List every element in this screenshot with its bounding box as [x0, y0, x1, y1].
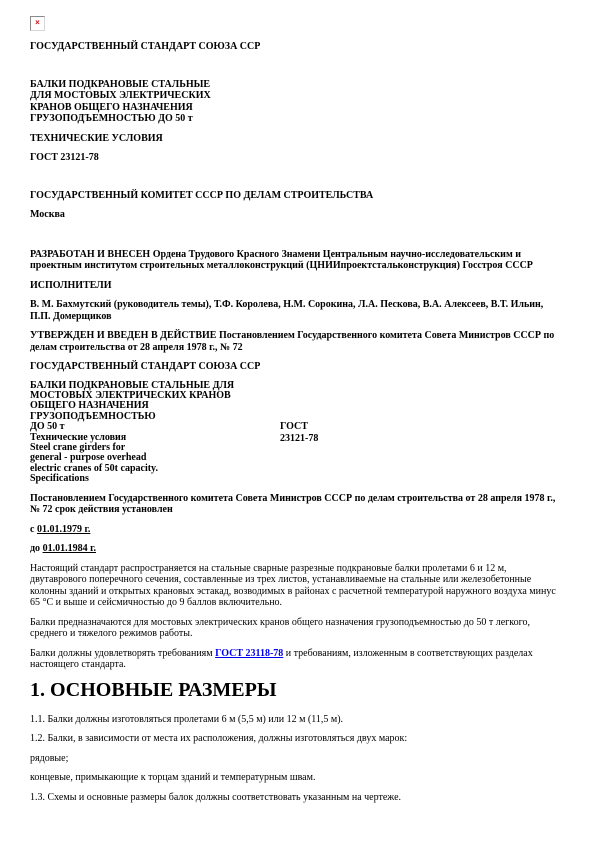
resolution-paragraph: Постановлением Государственного комитета… [30, 493, 565, 516]
document-title-line: ГРУЗОПОДЪЕМНОСТЬЮ ДО 50 т [30, 113, 565, 125]
title-bold-line: ОБЩЕГО НАЗНАЧЕНИЯ ГРУЗОПОДЪЕМНОСТЬЮ [30, 401, 252, 422]
clause-1-3: 1.3. Схемы и основные размеры балок долж… [30, 792, 565, 804]
clause-1-2-item-end: концевые, примыкающие к торцам зданий и … [30, 772, 565, 784]
title-gost-columns: БАЛКИ ПОДКРАНОВЫЕ СТАЛЬНЫЕ ДЛЯ МОСТОВЫХ … [30, 381, 565, 485]
clause-1-2-item-ordinary: рядовые; [30, 753, 565, 765]
valid-from-line: с 01.01.1979 г. [30, 524, 565, 536]
gost-number-column: ГОСТ 23121-78 [280, 421, 318, 444]
broken-image-icon: × [30, 16, 45, 31]
document-title-line: ДЛЯ МОСТОВЫХ ЭЛЕКТРИЧЕСКИХ [30, 90, 565, 102]
executors-heading: ИСПОЛНИТЕЛИ [30, 280, 565, 292]
requirements-prefix: Балки должны удовлетворять требованиям [30, 648, 215, 659]
document-title: БАЛКИ ПОДКРАНОВЫЕ СТАЛЬНЫЕ ДЛЯ МОСТОВЫХ … [30, 79, 565, 125]
gost-number-line: 23121-78 [280, 433, 318, 445]
approved-paragraph: УТВЕРЖДЕН И ВВЕДЕН В ДЕЙСТВИЕ Постановле… [30, 330, 565, 353]
tech-conditions-label: ТЕХНИЧЕСКИЕ УСЛОВИЯ [30, 133, 565, 145]
gost-number: ГОСТ 23121-78 [30, 152, 565, 164]
title-sub-line: Specifications [30, 474, 252, 484]
committee-line: ГОСУДАРСТВЕННЫЙ КОМИТЕТ СССР ПО ДЕЛАМ СТ… [30, 190, 565, 202]
valid-to-prefix: до [30, 543, 43, 554]
document-page: × ГОСУДАРСТВЕННЫЙ СТАНДАРТ СОЮЗА ССР БАЛ… [0, 0, 595, 842]
document-title-line: БАЛКИ ПОДКРАНОВЫЕ СТАЛЬНЫЕ [30, 79, 565, 91]
gost-number-line: ГОСТ [280, 421, 318, 433]
valid-to-date-link[interactable]: 01.01.1984 г. [43, 543, 96, 554]
clause-1-1: 1.1. Балки должны изготовляться пролетам… [30, 714, 565, 726]
clause-1-2: 1.2. Балки, в зависимости от места их ра… [30, 733, 565, 745]
purpose-paragraph: Балки предназначаются для мостовых элект… [30, 617, 565, 640]
developed-paragraph: РАЗРАБОТАН И ВНЕСЕН Ордена Трудового Кра… [30, 249, 565, 272]
valid-from-date-link[interactable]: 01.01.1979 г. [37, 524, 90, 535]
std-union-heading-2: ГОСУДАРСТВЕННЫЙ СТАНДАРТ СОЮЗА ССР [30, 361, 565, 373]
city-label: Москва [30, 209, 565, 221]
valid-to-line: до 01.01.1984 г. [30, 543, 565, 555]
title-bold-line: ДО 50 т [30, 422, 252, 432]
requirements-paragraph: Балки должны удовлетворять требованиям Г… [30, 648, 565, 671]
title-column: БАЛКИ ПОДКРАНОВЫЕ СТАЛЬНЫЕ ДЛЯ МОСТОВЫХ … [30, 381, 252, 485]
document-title-line: КРАНОВ ОБЩЕГО НАЗНАЧЕНИЯ [30, 102, 565, 114]
valid-from-prefix: с [30, 524, 37, 535]
gost-23118-link[interactable]: ГОСТ 23118-78 [215, 648, 283, 659]
std-union-heading: ГОСУДАРСТВЕННЫЙ СТАНДАРТ СОЮЗА ССР [30, 41, 565, 53]
scope-paragraph: Настоящий стандарт распространяется на с… [30, 563, 565, 609]
executors-paragraph: В. М. Бахмутский (руководитель темы), Т.… [30, 299, 565, 322]
section-1-heading: 1. ОСНОВНЫЕ РАЗМЕРЫ [30, 679, 565, 702]
